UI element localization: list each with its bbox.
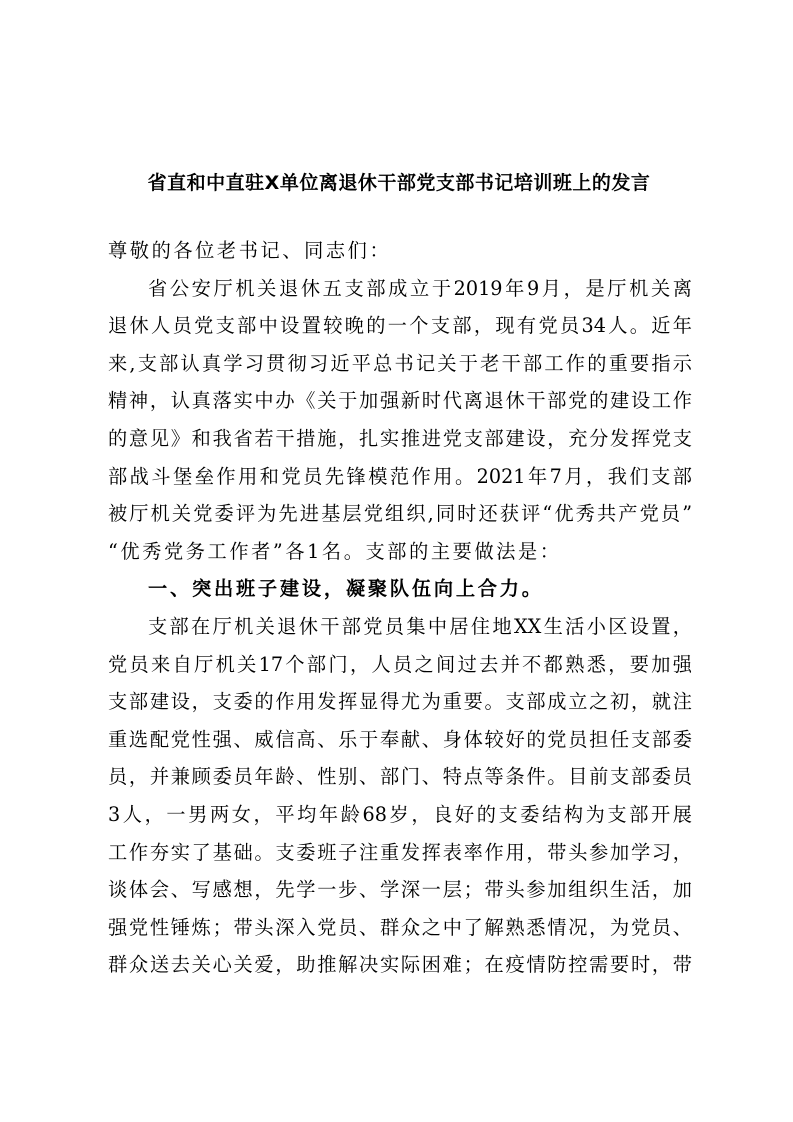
- paragraph-line: 党员来自厅机关17个部门，人员之间过去并不都熟悉，要加强: [108, 646, 692, 684]
- paragraph-line: 被厅机关党委评为先进基层党组织,同时还获评“优秀共产党员”: [108, 495, 692, 533]
- paragraph-line: 群众送去关心关爱，助推解决实际困难；在疫情防控需要时，带: [108, 946, 692, 984]
- paragraph-line: 部战斗堡垒作用和党员先锋模范作用。2021年7月，我们支部: [108, 458, 692, 496]
- paragraph-line: 省公安厅机关退休五支部成立于2019年9月，是厅机关离: [108, 270, 692, 308]
- paragraph-line: “优秀党务工作者”各1名。支部的主要做法是：: [108, 533, 692, 571]
- salutation: 尊敬的各位老书记、同志们：: [108, 232, 692, 270]
- section-heading: 一、突出班子建设，凝聚队伍向上合力。: [108, 570, 692, 608]
- paragraph-line: 来,支部认真学习贯彻习近平总书记关于老干部工作的重要指示: [108, 345, 692, 383]
- paragraph-line: 的意见》和我省若干措施，扎实推进党支部建设，充分发挥党支: [108, 420, 692, 458]
- paragraph-line: 工作夯实了基础。支委班子注重发挥表率作用，带头参加学习，: [108, 834, 692, 872]
- paragraph-line: 精神，认真落实中办《关于加强新时代离退休干部党的建设工作: [108, 382, 692, 420]
- paragraph-line: 谈体会、写感想，先学一步、学深一层；带头参加组织生活，加: [108, 871, 692, 909]
- paragraph-line: 强党性锤炼；带头深入党员、群众之中了解熟悉情况，为党员、: [108, 909, 692, 947]
- document-page: 省直和中直驻X单位离退休干部党支部书记培训班上的发言 尊敬的各位老书记、同志们：…: [0, 0, 793, 1122]
- paragraph-line: 员，并兼顾委员年龄、性别、部门、特点等条件。目前支部委员: [108, 758, 692, 796]
- paragraph-1: 省公安厅机关退休五支部成立于2019年9月，是厅机关离 退休人员党支部中设置较晚…: [108, 270, 692, 571]
- document-body: 尊敬的各位老书记、同志们： 省公安厅机关退休五支部成立于2019年9月，是厅机关…: [108, 232, 692, 984]
- document-title: 省直和中直驻X单位离退休干部党支部书记培训班上的发言: [108, 170, 690, 196]
- paragraph-line: 支部在厅机关退休干部党员集中居住地XX生活小区设置，: [108, 608, 692, 646]
- paragraph-2: 支部在厅机关退休干部党员集中居住地XX生活小区设置， 党员来自厅机关17个部门，…: [108, 608, 692, 984]
- paragraph-line: 退休人员党支部中设置较晚的一个支部，现有党员34人。近年: [108, 307, 692, 345]
- paragraph-line: 3人，一男两女，平均年龄68岁，良好的支委结构为支部开展: [108, 796, 692, 834]
- paragraph-line: 重选配党性强、威信高、乐于奉献、身体较好的党员担任支部委: [108, 721, 692, 759]
- paragraph-line: 支部建设，支委的作用发挥显得尤为重要。支部成立之初，就注: [108, 683, 692, 721]
